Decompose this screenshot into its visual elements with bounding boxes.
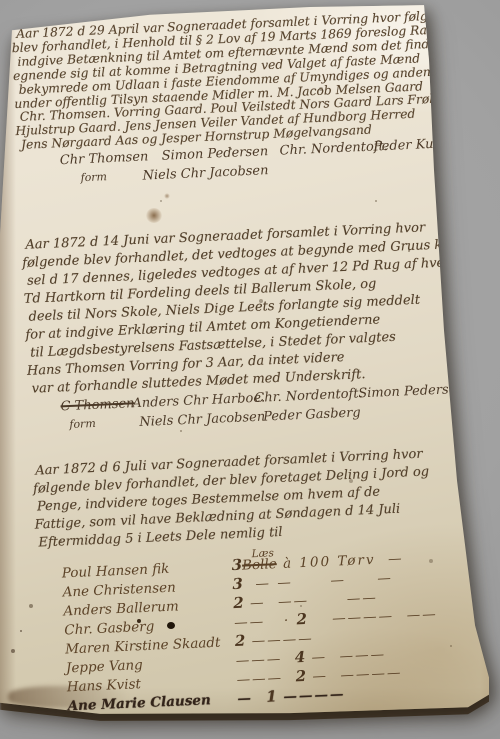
signature-title: form <box>69 417 96 431</box>
signature: Simon Pedersen <box>161 144 268 164</box>
handwritten-content: Aar 1872 d 29 April var Sogneraadet fors… <box>16 8 498 716</box>
dash-fill: — <box>237 690 267 707</box>
signature: Chr. Nordentoft. <box>254 386 363 406</box>
minutes-entry-july: Aar 1872 d 6 Juli var Sogneraadet forsam… <box>35 443 490 553</box>
paper-sheet: 129 Aar 1872 d 29 April var Sogneraadet … <box>0 0 500 739</box>
dash-fill: —— · <box>234 612 297 631</box>
quantity: 2 <box>295 667 306 685</box>
allowance-list: Poul Hansen fik 3LæsBolle à 100 Tørv — A… <box>61 545 497 716</box>
signature: Niels Chr Jacobsen <box>142 163 269 183</box>
signature: Peder Kudsk <box>373 136 456 155</box>
correction-above: Læs <box>251 547 274 560</box>
dash-fill: ——— <box>236 670 296 689</box>
signature: Anders Chr Harboe. <box>132 391 265 412</box>
signature: Chr. Nordentoft. <box>279 139 388 159</box>
minutes-entry-june: Aar 1872 d 14 Juni var Sogneraadet forsa… <box>25 217 485 437</box>
dash-fill: ——— <box>235 651 295 670</box>
signature-title: form <box>80 170 107 184</box>
signature: Simon Pedersen <box>358 382 465 402</box>
signature: Peder Gasberg <box>263 405 361 424</box>
page-number: 129 <box>446 8 466 20</box>
dash-fill: ———— <box>276 686 345 705</box>
manuscript-page: 129 Aar 1872 d 29 April var Sogneraadet … <box>0 0 500 739</box>
quantity: 2 <box>296 610 307 628</box>
signature: C Thomsen <box>60 396 135 414</box>
dash-fill: ———— <box>245 631 314 650</box>
minutes-entry-april: Aar 1872 d 29 April var Sogneraadet fors… <box>16 8 475 191</box>
photo-background: 129 Aar 1872 d 29 April var Sogneraadet … <box>0 0 500 739</box>
recipient-name: Ane Marie Clausen <box>67 691 238 714</box>
signature: Niels Chr Jacobsen <box>139 410 266 430</box>
quantity: 4 <box>294 648 305 666</box>
corrected-word: LæsBolle <box>242 556 277 573</box>
signature: Chr Thomsen <box>60 150 149 169</box>
